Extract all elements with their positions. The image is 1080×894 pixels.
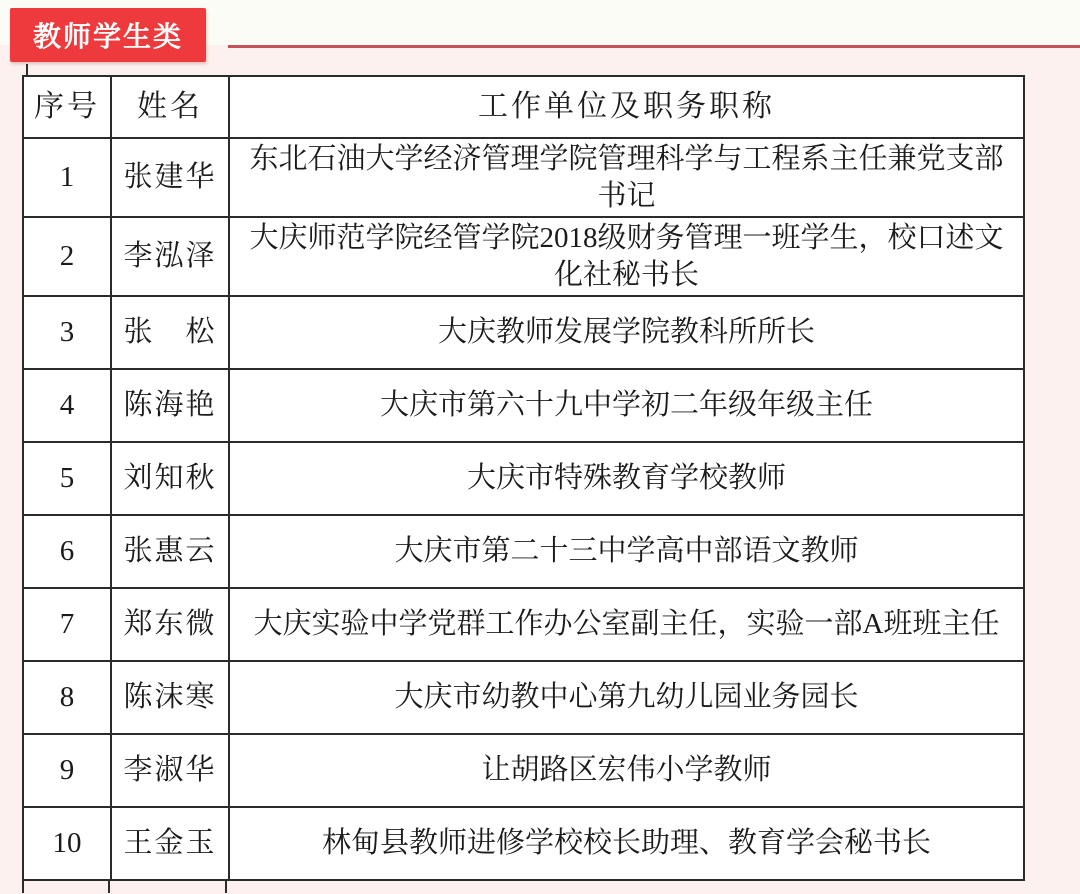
row-work-cell: 大庆市第二十三中学高中部语文教师 xyxy=(229,515,1024,588)
row-name-cell: 张 松 xyxy=(111,296,229,369)
row-work-cell: 大庆师范学院经管学院2018级财务管理一班学生，校口述文化社秘书长 xyxy=(229,217,1024,296)
row-number-cell: 8 xyxy=(23,661,111,734)
scan-artifact-line xyxy=(26,64,28,75)
row-name-cell: 陈沫寒 xyxy=(111,661,229,734)
row-name-cell: 王金玉 xyxy=(111,807,229,880)
row-number-cell: 1 xyxy=(23,138,111,217)
table-row: 8 陈沫寒 大庆市幼教中心第九幼儿园业务园长 xyxy=(23,661,1024,734)
header-cell-no: 序号 xyxy=(23,76,111,138)
table-row: 1 张建华 东北石油大学经济管理学院管理科学与工程系主任兼党支部书记 xyxy=(23,138,1024,217)
table-row: 5 刘知秋 大庆市特殊教育学校教师 xyxy=(23,442,1024,515)
row-name-cell: 张惠云 xyxy=(111,515,229,588)
category-badge: 教师学生类 xyxy=(10,8,206,62)
table-row: 3 张 松 大庆教师发展学院教科所所长 xyxy=(23,296,1024,369)
row-work-cell: 大庆市第六十九中学初二年级年级主任 xyxy=(229,369,1024,442)
row-number-cell: 5 xyxy=(23,442,111,515)
row-work-cell: 大庆实验中学党群工作办公室副主任，实验一部A班班主任 xyxy=(229,588,1024,661)
row-work-cell: 大庆市幼教中心第九幼儿园业务园长 xyxy=(229,661,1024,734)
row-number-cell: 3 xyxy=(23,296,111,369)
row-work-cell: 大庆教师发展学院教科所所长 xyxy=(229,296,1024,369)
row-name-cell: 李淑华 xyxy=(111,734,229,807)
table-row: 9 李淑华 让胡路区宏伟小学教师 xyxy=(23,734,1024,807)
row-number-cell: 7 xyxy=(23,588,111,661)
row-name-cell: 陈海艳 xyxy=(111,369,229,442)
table-header-row: 序号 姓名 工作单位及职务职称 xyxy=(23,76,1024,138)
row-number-cell: 2 xyxy=(23,217,111,296)
table-row: 7 郑东微 大庆实验中学党群工作办公室副主任，实验一部A班班主任 xyxy=(23,588,1024,661)
scan-artifact-line xyxy=(225,879,227,893)
header-cell-name: 姓名 xyxy=(111,76,229,138)
header-cell-work: 工作单位及职务职称 xyxy=(229,76,1024,138)
table-row: 2 李泓泽 大庆师范学院经管学院2018级财务管理一班学生，校口述文化社秘书长 xyxy=(23,217,1024,296)
category-badge-label: 教师学生类 xyxy=(33,15,183,55)
row-number-cell: 4 xyxy=(23,369,111,442)
row-work-cell: 让胡路区宏伟小学教师 xyxy=(229,734,1024,807)
row-number-cell: 10 xyxy=(23,807,111,880)
row-name-cell: 李泓泽 xyxy=(111,217,229,296)
scan-artifact-line xyxy=(108,879,110,893)
scan-artifact-line xyxy=(22,879,24,893)
decorative-red-rule xyxy=(228,45,1080,48)
row-name-cell: 郑东微 xyxy=(111,588,229,661)
row-name-cell: 张建华 xyxy=(111,138,229,217)
row-work-cell: 大庆市特殊教育学校教师 xyxy=(229,442,1024,515)
row-name-cell: 刘知秋 xyxy=(111,442,229,515)
row-number-cell: 6 xyxy=(23,515,111,588)
table-body: 1 张建华 东北石油大学经济管理学院管理科学与工程系主任兼党支部书记 2 李泓泽… xyxy=(23,138,1024,880)
table-row: 6 张惠云 大庆市第二十三中学高中部语文教师 xyxy=(23,515,1024,588)
row-work-cell: 东北石油大学经济管理学院管理科学与工程系主任兼党支部书记 xyxy=(229,138,1024,217)
table-row: 4 陈海艳 大庆市第六十九中学初二年级年级主任 xyxy=(23,369,1024,442)
table-row: 10 王金玉 林甸县教师进修学校校长助理、教育学会秘书长 xyxy=(23,807,1024,880)
row-number-cell: 9 xyxy=(23,734,111,807)
table-header: 序号 姓名 工作单位及职务职称 xyxy=(23,76,1024,138)
row-work-cell: 林甸县教师进修学校校长助理、教育学会秘书长 xyxy=(229,807,1024,880)
teacher-student-roster-table: 序号 姓名 工作单位及职务职称 1 张建华 东北石油大学经济管理学院管理科学与工… xyxy=(22,75,1025,881)
